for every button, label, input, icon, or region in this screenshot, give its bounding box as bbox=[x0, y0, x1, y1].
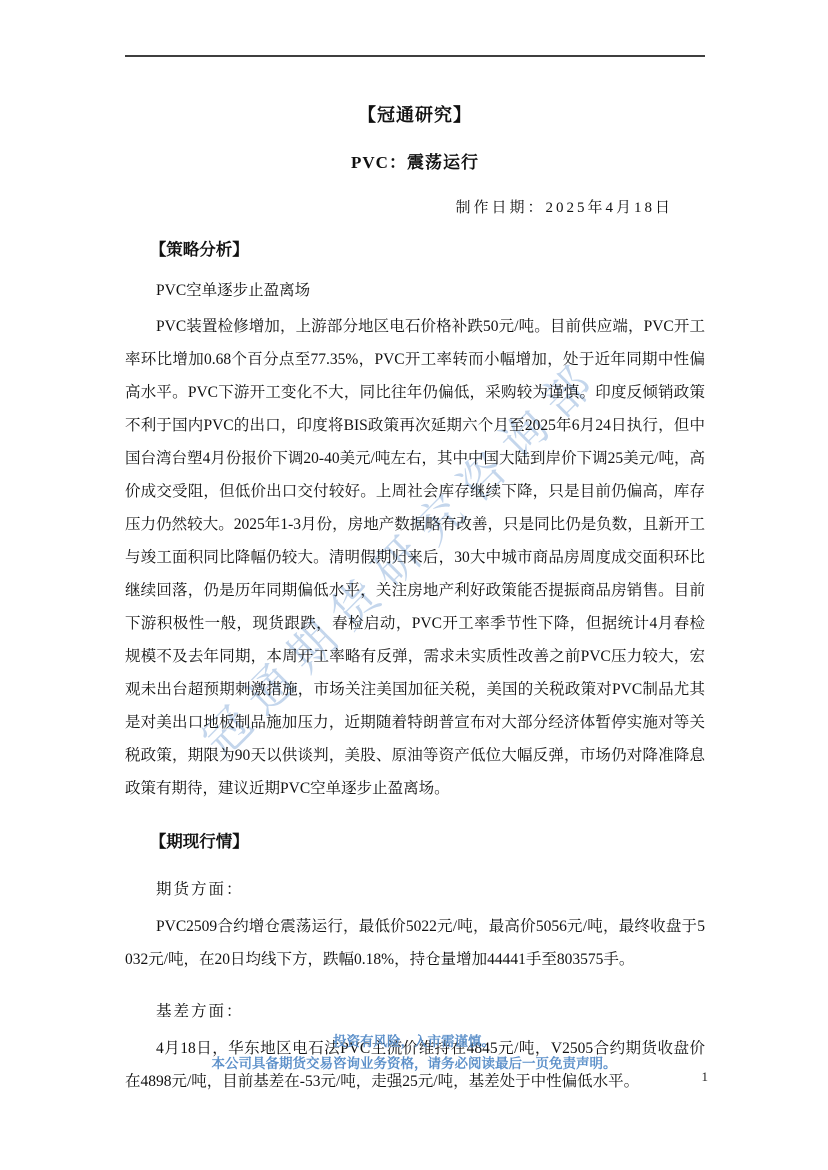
document-page: 冠通期货研究咨询部 【冠通研究】 PVC：震荡运行 制作日期：2025年4月18… bbox=[0, 0, 828, 1170]
page-number: 1 bbox=[702, 1069, 709, 1085]
footer-disclaimer-line1: 投资有风险，入市需谨慎。 bbox=[0, 1031, 828, 1053]
report-brand-title: 【冠通研究】 bbox=[125, 103, 705, 127]
section-heading-strategy: 【策略分析】 bbox=[125, 238, 705, 262]
header-rule bbox=[125, 55, 705, 57]
strategy-body-paragraph: PVC装置检修增加，上游部分地区电石价格补跌50元/吨。目前供应端，PVC开工率… bbox=[125, 310, 705, 805]
section-heading-market: 【期现行情】 bbox=[125, 830, 705, 854]
futures-paragraph: PVC2509合约增仓震荡运行，最低价5022元/吨，最高价5056元/吨，最终… bbox=[125, 910, 705, 976]
futures-label: 期货方面： bbox=[125, 879, 705, 901]
report-date: 制作日期：2025年4月18日 bbox=[125, 196, 673, 220]
report-subtitle: PVC：震荡运行 bbox=[125, 151, 705, 175]
strategy-lead: PVC空单逐步止盈离场 bbox=[125, 280, 705, 302]
basis-label: 基差方面： bbox=[125, 1001, 705, 1023]
document-content: 【冠通研究】 PVC：震荡运行 制作日期：2025年4月18日 【策略分析】 P… bbox=[125, 0, 705, 1098]
